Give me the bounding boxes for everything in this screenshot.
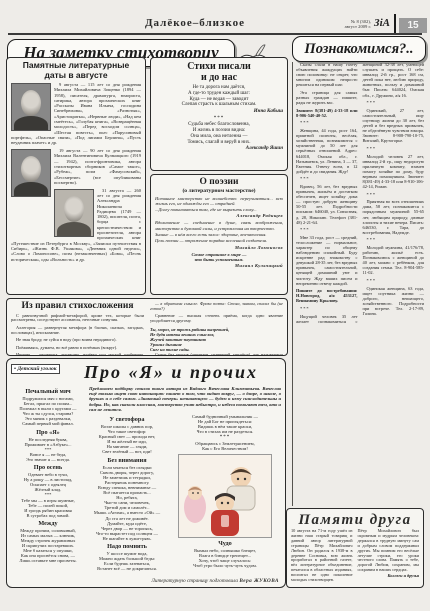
kids-verse-1: Самый будничный умывальник — Не дай Бог … (169, 414, 281, 434)
kids-poem-title: Про осень (11, 464, 85, 471)
kids-poem-body: Подружился мяч с ногами, Бегал, прыгал п… (11, 396, 85, 427)
dates-title: Памятные литературные даты в августе (11, 61, 141, 80)
poetry-quote-2-author: Александр Радищев (155, 213, 283, 218)
verses-poem-1: Не та дорога нам даётся, А где-то труден… (155, 85, 283, 108)
poetry-quote-6: Самое страшное в мире — это быть успокое… (155, 252, 283, 263)
header-divider (394, 14, 396, 35)
rules-paragraph: С равнозвучной рифмой-метафорой, кроме т… (11, 314, 144, 324)
verses-poem-2: Судьба небес благословенна, И жизнь в по… (155, 122, 283, 145)
section-personals: Сказы слали в нашу газету объявления жаж… (292, 62, 424, 506)
kids-poem-title: Без внимания (89, 457, 165, 464)
kids-poem-title: Между (11, 520, 85, 527)
kids-poem-title: Надо помнить (89, 543, 165, 550)
kids-intro: Предлагаем подборку стихов юного автора … (89, 386, 281, 412)
kids-poem-body: Одевает небо в тучи, Ну а рощу — в листо… (11, 472, 85, 518)
ad-separator: *** (296, 306, 358, 311)
memoriam-text: Пётр Михайлович был скромным и мудрым че… (358, 529, 420, 573)
personal-ad: Одинокая женщина, 63 года, ищет спутника… (363, 286, 425, 317)
personal-ad: Молодой человек 27 лет, инвалид 2-й гр.,… (363, 154, 425, 190)
kids-poem: Печальный мяч Подружился мяч с ногами, Б… (11, 388, 85, 427)
kids-poem: Надо помнить У шоссе шумит вода, Можно ж… (89, 543, 165, 572)
paper-logo: ЗіА (374, 17, 390, 29)
on-poetry-subtitle: (о литературном мастерстве) (155, 188, 283, 194)
kids-poem-body: Если мчаться без оглядки Сквозь дворы, ч… (89, 465, 165, 541)
ad-separator: *** (296, 120, 358, 125)
personals-intro: Сказы слали в нашу газету объявления жаж… (296, 62, 358, 87)
kids-poem-body: У шоссе шумит вода, Можно ждать большой … (89, 551, 165, 572)
kids-title: Про «Я» и прочих (61, 362, 281, 383)
memoriam-title: Памяти друга (291, 512, 419, 528)
kids-poem-title: Печальный мяч (11, 388, 85, 395)
poetry-quote-3: Вдохновение — соединение в душе, связь в… (155, 220, 283, 231)
rules-paragraph: Не зная броду, не суйся в воду (про воин… (11, 338, 144, 343)
section-kids-corner: • Детский уголок Про «Я» и прочих Печаль… (6, 358, 286, 588)
rules-paragraph: Сравнение — высшая степень приёма, когда… (150, 314, 283, 324)
kids-poem: Про «Я» Не последняя буква, Проживает в … (11, 429, 85, 462)
personal-ad: Одинокий, 27 лет, самостоятельный, ищу с… (363, 108, 425, 144)
children-illustration (178, 454, 272, 538)
section-versification-rules: Из правил стихосложения С равнозвучной р… (6, 298, 288, 356)
on-poetry-title: О поэзии (155, 178, 283, 188)
headline-right-ribbon: Познакомимся?.. (292, 36, 426, 62)
verses-author-1: Инна Кабыш (155, 109, 283, 114)
issue-info: № 8 (302), август 2009 г. (327, 19, 371, 30)
section-on-poetry: О поэзии (о литературном мастерстве) Ист… (150, 174, 288, 295)
kids-poem: У светофора Возле школы с давних пор, Чт… (89, 416, 165, 455)
rules-paragraph: Стихи без тропов (эпитетов, сравнений, м… (150, 353, 283, 356)
kids-separator: *** (169, 435, 281, 440)
poetry-quote-1: Истинное мастерство не волшебство: переу… (155, 196, 283, 207)
poetry-quote-5: Цель поэзии — отражение порядка вселенно… (155, 238, 283, 243)
poetry-quote-2: ...Долгу повиноваться там, где не вырази… (155, 207, 283, 212)
page-number: 15 (399, 18, 427, 33)
header-rule (8, 33, 422, 35)
ad-separator: *** (363, 146, 425, 151)
ad-separator: *** (296, 176, 358, 181)
ad-separator: *** (363, 192, 425, 197)
personals-intro: Эта страница для самых разных граждан — … (296, 90, 358, 105)
issue-date: август 2009 г. (327, 24, 371, 29)
ad-separator: *** (363, 278, 425, 283)
photo-radishchev (54, 189, 94, 237)
verses-separator: *** (155, 116, 283, 121)
photo-zoshchenko (11, 83, 51, 131)
kids-poem-chudo: Чудо Вымыл небо, солнышко блещет, Влага … (169, 540, 281, 568)
verses-title: Стихи писали и до нас (155, 61, 283, 83)
section-verses: Стихи писали и до нас Не та дорога нам д… (150, 57, 288, 171)
ad-separator: *** (296, 227, 358, 232)
kids-poem: Между Между прочим, соловьиный, Из самых… (11, 520, 85, 564)
personal-ad: Мне 33 года, рост — средний, телосложени… (296, 235, 358, 286)
personals-phone: Звоните: 8(381-49) 4-33-18 или 8-906-540… (296, 108, 358, 118)
footer-editor-name: Вера ЖУКОВА (239, 578, 279, 584)
kids-verse-2: Обращаюсь с Землетрясением, Как с Его Ве… (169, 441, 281, 451)
personal-ad: Вдовец, 56 лет, без вредных привычек, жи… (296, 184, 358, 225)
page-rubric: Далёкое–близкое (120, 17, 270, 29)
poetry-quote-4: Знание — в нём всего есть залог: здоровь… (155, 232, 283, 237)
kids-poem-title: У светофора (89, 416, 165, 423)
rules-paragraph: Поёживаясь, думаем, но всё равно в потём… (11, 346, 144, 351)
rules-paragraph: Аллегория — развернутая метафора (в басн… (11, 326, 144, 336)
ad-separator: *** (363, 237, 425, 242)
headline-right-text: Познакомимся?.. (304, 41, 413, 58)
verses-author-2: Александр Яшин (155, 146, 283, 151)
personals-phone: Пишите до востребования: Н.Новгород, а/я… (296, 288, 358, 303)
kids-poem-body: Вымыл небо, солнышко блещет, Влага в блю… (169, 548, 281, 568)
rules-title: Из правил стихосложения (11, 302, 144, 312)
section-memorable-dates: Памятные литературные даты в августе 9 а… (6, 57, 146, 295)
kids-poem-body: Не последняя буква, Проживает в «Азбуке»… (11, 437, 85, 462)
rules-example-verse: Ты, мороз, не трожь рябины вызревшей, Не… (150, 327, 283, 352)
kids-poem: Про осень Одевает небо в тучи, Ну а рощу… (11, 464, 85, 518)
kids-poem-title: Про «Я» (11, 429, 85, 436)
kids-poem-body: Возле школы с давних пор, Что такое свет… (89, 424, 165, 455)
personal-ad: Приятная во всех отношениях дама, 58 лет… (363, 199, 425, 235)
rules-paragraph: Ирония — насмешка, лукавство, издёвка по… (11, 353, 144, 356)
kids-corner-label: • Детский уголок (11, 364, 60, 374)
newspaper-page: Далёкое–близкое № 8 (302), август 2009 г… (0, 0, 430, 611)
section-memoriam: Памяти друга 10 августа на 71-м году ушё… (286, 508, 424, 588)
ad-separator: *** (363, 100, 425, 105)
memoriam-text: 10 августа на 71-м году ушёл из жизни на… (291, 529, 353, 583)
poetry-quote-5-author: Михайло Ломоносов (155, 245, 283, 250)
personal-ad: Молодой мужчина, 41/176/78, работаю, жил… (363, 245, 425, 276)
rules-paragraph: — в обратном смысле. Фраза поэта: Стоял,… (150, 302, 283, 312)
page-footer-credit: Литературную страницу подготовила Вера Ж… (151, 578, 279, 584)
kids-poem-body: Между прочим, соловьиный, Из самых малых… (11, 528, 85, 564)
personal-ad: Женщина, 44 года, рост 164, приятной пол… (296, 128, 358, 174)
kids-poem: Без внимания Если мчаться без оглядки Ск… (89, 457, 165, 541)
kids-poem-title: Чудо (169, 540, 281, 547)
photo-kulchitsky (11, 149, 51, 197)
poetry-quote-6-author: Михаил Кульчицкий (155, 263, 283, 268)
memoriam-signature: Коллеги и друзья (358, 574, 420, 579)
